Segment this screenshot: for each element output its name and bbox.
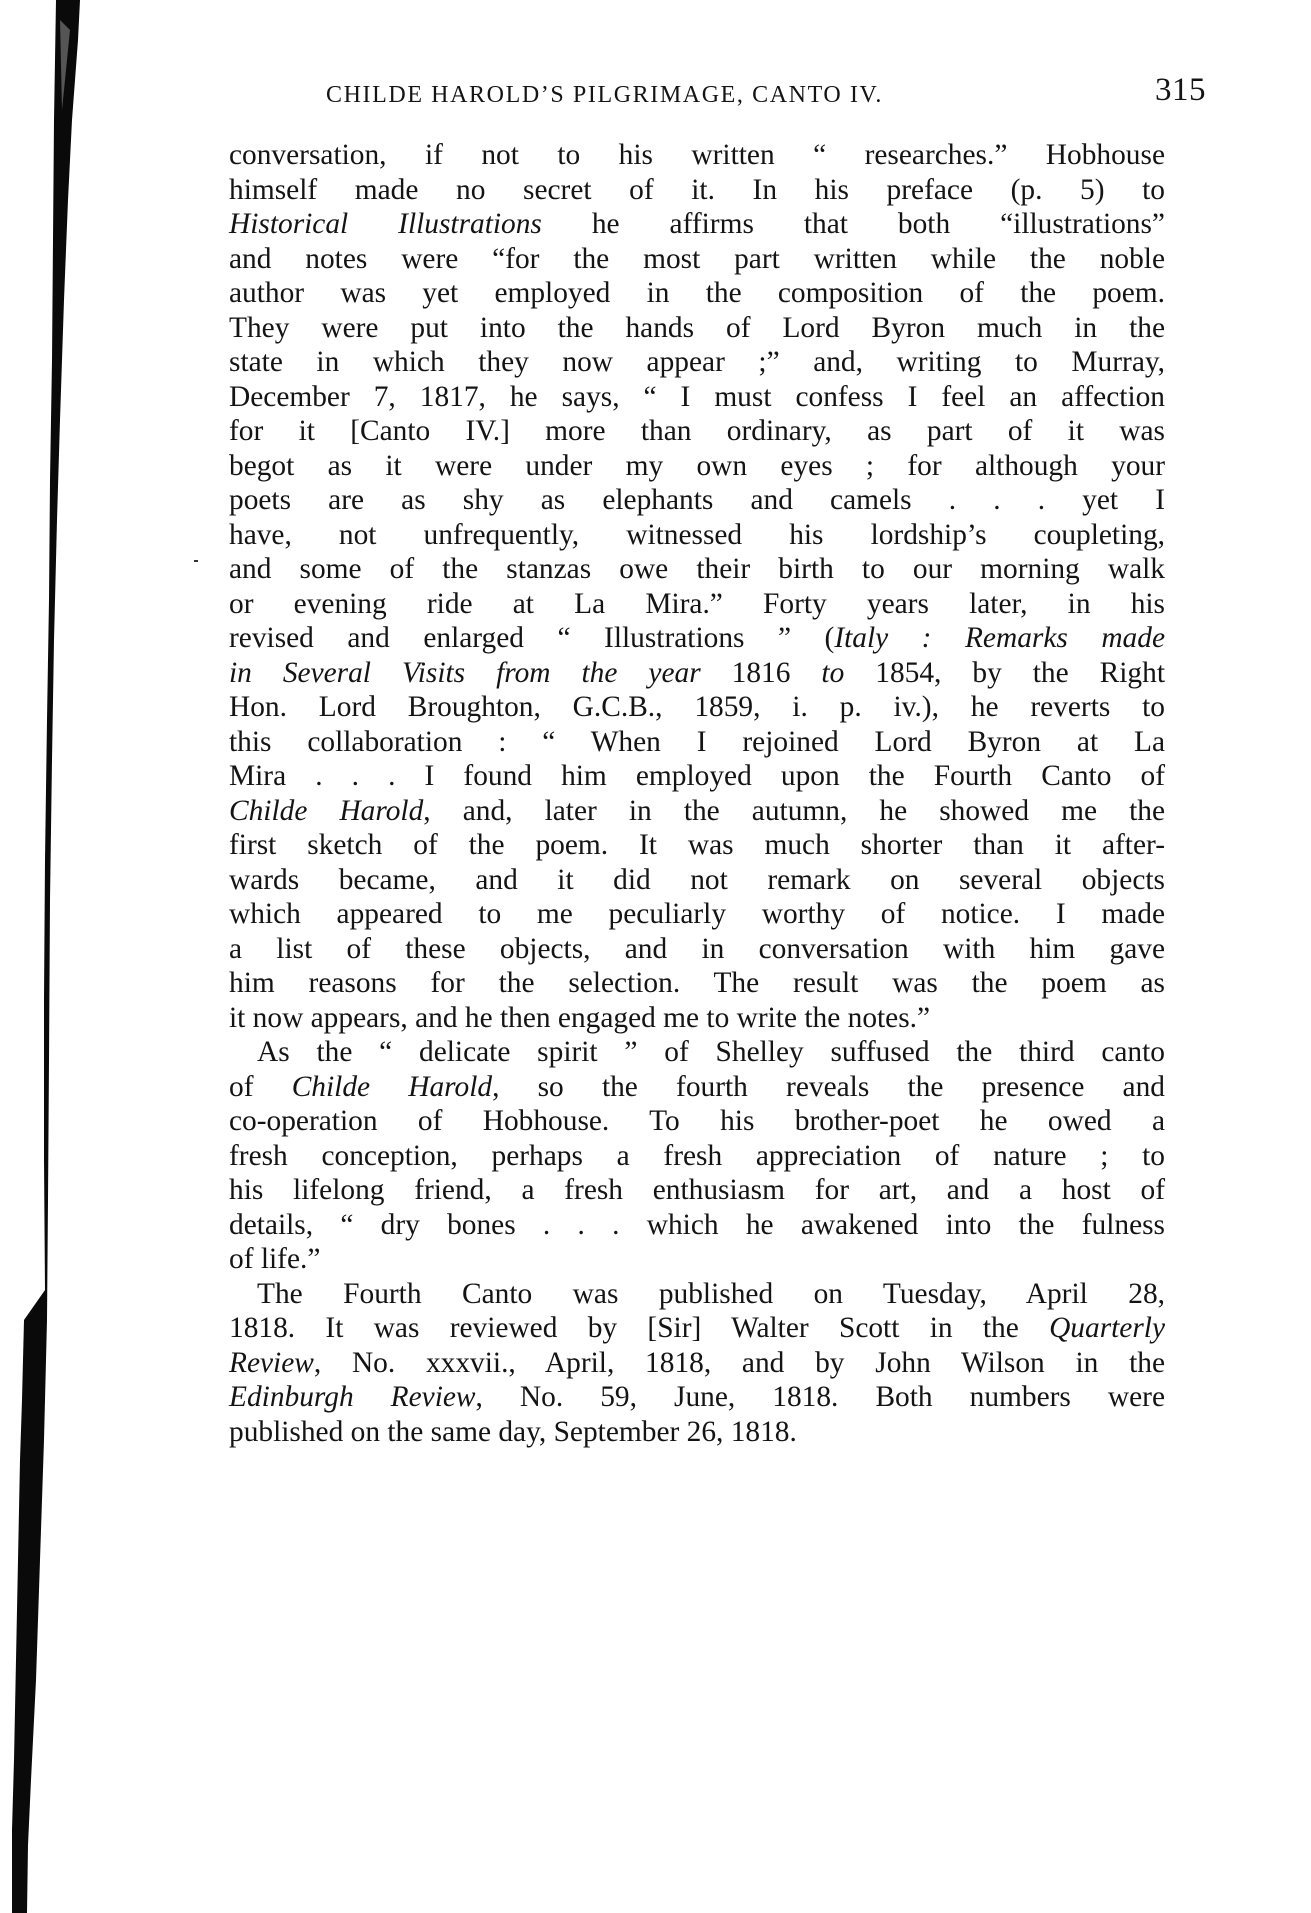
text-line: this collaboration : “ When I rejoined L… bbox=[229, 725, 1165, 760]
text-line: of Childe Harold, so the fourth reveals … bbox=[229, 1070, 1165, 1105]
text-line: and some of the stanzas owe their birth … bbox=[229, 552, 1165, 587]
italic-title: Italy : Remarks made bbox=[834, 622, 1165, 654]
body-text: conversation, if not to his written “ re… bbox=[229, 138, 1165, 1449]
text-line: author was yet employed in the compositi… bbox=[229, 276, 1165, 311]
text-line: first sketch of the poem. It was much sh… bbox=[229, 828, 1165, 863]
running-header: CHILDE HAROLD’S PILGRIMAGE, CANTO IV. 31… bbox=[326, 72, 1206, 116]
text-line: published on the same day, September 26,… bbox=[229, 1415, 1165, 1450]
italic-title: Historical Illustrations bbox=[229, 208, 542, 240]
text-line: They were put into the hands of Lord Byr… bbox=[229, 311, 1165, 346]
paragraph: The Fourth Canto was published on Tuesda… bbox=[229, 1277, 1165, 1450]
text-line: Hon. Lord Broughton, G.C.B., 1859, i. p.… bbox=[229, 690, 1165, 725]
text-line: poets are as shy as elephants and camels… bbox=[229, 483, 1165, 518]
binding-shadow bbox=[0, 0, 90, 1913]
text-line: for it [Canto IV.] more than ordinary, a… bbox=[229, 414, 1165, 449]
italic-title: Childe Harold bbox=[229, 795, 423, 827]
paragraph: As the “ delicate spirit ” of Shelley su… bbox=[229, 1035, 1165, 1277]
text-line: of life.” bbox=[229, 1242, 1165, 1277]
text-line: begot as it were under my own eyes ; for… bbox=[229, 449, 1165, 484]
text-line: himself made no secret of it. In his pre… bbox=[229, 173, 1165, 208]
text-line: revised and enlarged “ Illustrations ” (… bbox=[229, 621, 1165, 656]
stray-ink-mark bbox=[194, 560, 198, 562]
italic-title: to bbox=[821, 657, 844, 689]
text-line: his lifelong friend, a fresh enthusiasm … bbox=[229, 1173, 1165, 1208]
text-line: 1818. It was reviewed by [Sir] Walter Sc… bbox=[229, 1311, 1165, 1346]
text-line: Edinburgh Review, No. 59, June, 1818. Bo… bbox=[229, 1380, 1165, 1415]
italic-title: Edinburgh Review bbox=[229, 1381, 476, 1413]
text-line: state in which they now appear ;” and, w… bbox=[229, 345, 1165, 380]
book-page: CHILDE HAROLD’S PILGRIMAGE, CANTO IV. 31… bbox=[0, 0, 1311, 1913]
italic-title: in Several Visits from the year bbox=[229, 657, 701, 689]
italic-title: Review bbox=[229, 1347, 314, 1379]
text-line: or evening ride at La Mira.” Forty years… bbox=[229, 587, 1165, 622]
text-line: As the “ delicate spirit ” of Shelley su… bbox=[229, 1035, 1165, 1070]
italic-title: Childe Harold bbox=[292, 1071, 492, 1103]
text-line: wards became, and it did not remark on s… bbox=[229, 863, 1165, 898]
text-line: which appeared to me peculiarly worthy o… bbox=[229, 897, 1165, 932]
text-line: in Several Visits from the year 1816 to … bbox=[229, 656, 1165, 691]
text-line: Mira . . . I found him employed upon the… bbox=[229, 759, 1165, 794]
text-line: it now appears, and he then engaged me t… bbox=[229, 1001, 1165, 1036]
text-line: a list of these objects, and in conversa… bbox=[229, 932, 1165, 967]
paragraph: conversation, if not to his written “ re… bbox=[229, 138, 1165, 1035]
page-number: 315 bbox=[1155, 72, 1206, 109]
text-line: conversation, if not to his written “ re… bbox=[229, 138, 1165, 173]
text-line: co-operation of Hobhouse. To his brother… bbox=[229, 1104, 1165, 1139]
text-line: have, not unfrequently, witnessed his lo… bbox=[229, 518, 1165, 553]
text-line: him reasons for the selection. The resul… bbox=[229, 966, 1165, 1001]
text-line: details, “ dry bones . . . which he awak… bbox=[229, 1208, 1165, 1243]
italic-title: Quarterly bbox=[1049, 1312, 1165, 1344]
text-line: and notes were “for the most part writte… bbox=[229, 242, 1165, 277]
text-line: Review, No. xxxvii., April, 1818, and by… bbox=[229, 1346, 1165, 1381]
text-line: Childe Harold, and, later in the autumn,… bbox=[229, 794, 1165, 829]
text-line: fresh conception, perhaps a fresh apprec… bbox=[229, 1139, 1165, 1174]
text-line: December 7, 1817, he says, “ I must conf… bbox=[229, 380, 1165, 415]
text-line: Historical Illustrations he affirms that… bbox=[229, 207, 1165, 242]
running-head-title: CHILDE HAROLD’S PILGRIMAGE, CANTO IV. bbox=[326, 82, 883, 109]
text-line: The Fourth Canto was published on Tuesda… bbox=[229, 1277, 1165, 1312]
